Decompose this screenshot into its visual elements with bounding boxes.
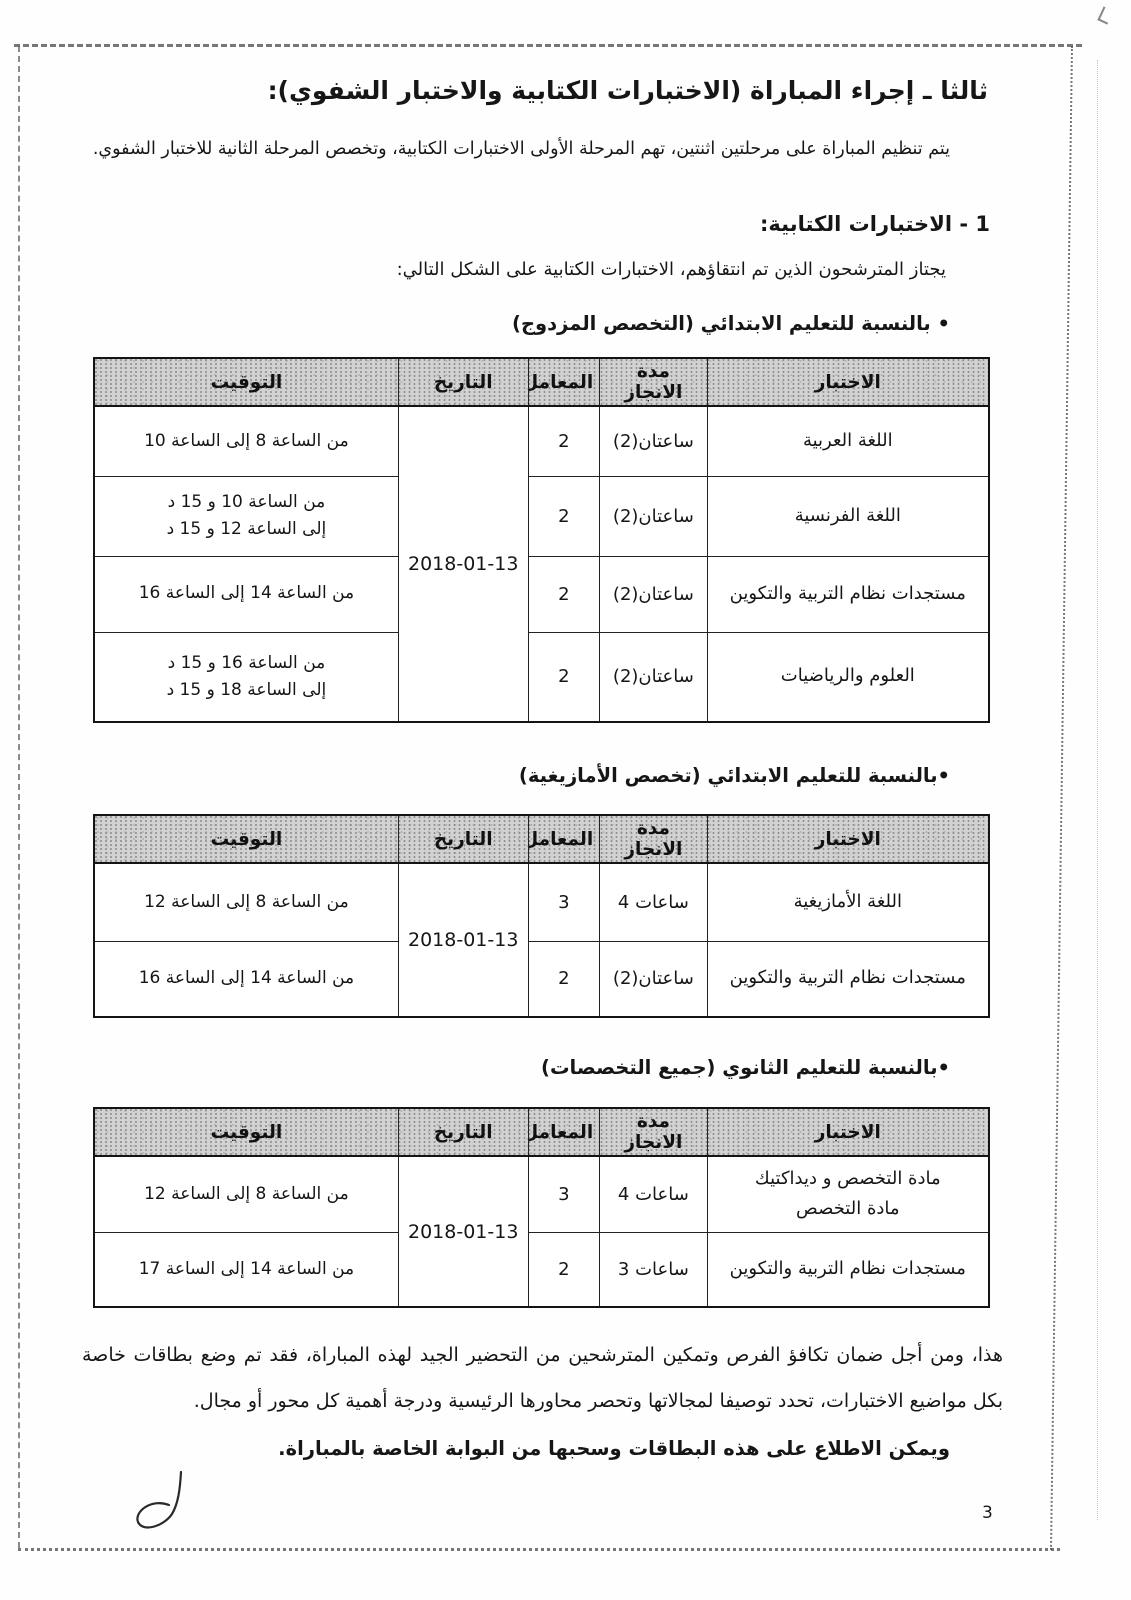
table-header-row: الاختبار مدة الانجاز المعامل التاريخ الت… [94, 358, 989, 406]
col-header-duration: مدة الانجاز [600, 815, 707, 863]
scan-edge-noise [1097, 60, 1098, 1520]
table-row: مادة التخصص و ديداكتيك مادة التخصص 4 ساع… [94, 1156, 989, 1232]
duration-cell: ساعتان(2) [600, 941, 707, 1017]
exam-name: مادة التخصص و ديداكتيك مادة التخصص [707, 1156, 989, 1232]
section-1-intro: يجتاز المترشحون الذين تم انتقاؤهم، الاخت… [397, 259, 946, 280]
signature-mark [125, 1466, 197, 1540]
exam-name: اللغة الأمازيغية [707, 863, 989, 941]
table-row: العلوم والرياضيات ساعتان(2) 2 من الساعة … [94, 632, 989, 722]
timing-cell: من الساعة 8 إلى الساعة 12 [94, 1156, 398, 1232]
timing-cell: من الساعة 14 إلى الساعة 16 [94, 941, 398, 1017]
closing-paragraph: هذا، ومن أجل ضمان تكافؤ الفرص وتمكين الم… [82, 1332, 1003, 1424]
coefficient-cell: 3 [528, 863, 600, 941]
timing-cell: من الساعة 16 و 15 د إلى الساعة 18 و 15 د [94, 632, 398, 722]
bullet-heading-secondary-all: •بالنسبة للتعليم الثانوي (جميع التخصصات) [541, 1056, 950, 1079]
exam-name: مستجدات نظام التربية والتكوين [707, 556, 989, 632]
timing-cell: من الساعة 10 و 15 د إلى الساعة 12 و 15 د [94, 476, 398, 556]
page-number: 3 [982, 1503, 993, 1523]
exam-name: مستجدات نظام التربية والتكوين [707, 941, 989, 1017]
exam-table-primary-amazigh: الاختبار مدة الانجاز المعامل التاريخ الت… [93, 814, 990, 1018]
exam-name: العلوم والرياضيات [707, 632, 989, 722]
closing-bold-line: ويمكن الاطلاع على هذه البطاقات وسحبها من… [278, 1437, 950, 1460]
duration-cell: 4 ساعات [600, 1156, 707, 1232]
table-row: اللغة الأمازيغية 4 ساعات 3 2018-01-13 من… [94, 863, 989, 941]
coefficient-cell: 2 [528, 556, 600, 632]
col-header-exam: الاختبار [707, 358, 989, 406]
duration-cell: 4 ساعات [600, 863, 707, 941]
section-1-title: 1 - الاختبارات الكتابية: [760, 212, 990, 236]
date-cell: 2018-01-13 [398, 1156, 528, 1307]
col-header-timing: التوقيت [94, 358, 398, 406]
col-header-date: التاريخ [398, 358, 528, 406]
intro-paragraph: يتم تنظيم المباراة على مرحلتين اثنتين، ت… [93, 139, 950, 159]
col-header-duration: مدة الانجاز [600, 1108, 707, 1156]
table-header-row: الاختبار مدة الانجاز المعامل التاريخ الت… [94, 1108, 989, 1156]
col-header-duration: مدة الانجاز [600, 358, 707, 406]
duration-cell: ساعتان(2) [600, 476, 707, 556]
table-row: اللغة الفرنسية ساعتان(2) 2 من الساعة 10 … [94, 476, 989, 556]
timing-cell: من الساعة 8 إلى الساعة 12 [94, 863, 398, 941]
exam-name: مستجدات نظام التربية والتكوين [707, 1232, 989, 1307]
table-row: مستجدات نظام التربية والتكوين ساعتان(2) … [94, 941, 989, 1017]
exam-table-primary-bilingual: الاختبار مدة الانجاز المعامل التاريخ الت… [93, 357, 990, 723]
coefficient-cell: 3 [528, 1156, 600, 1232]
page-border-bottom [18, 1548, 1060, 1551]
coefficient-cell: 2 [528, 632, 600, 722]
scanned-document-page: ثالثا ـ إجراء المباراة (الاختبارات الكتا… [0, 0, 1131, 1600]
col-header-date: التاريخ [398, 815, 528, 863]
col-header-coefficient: المعامل [528, 1108, 600, 1156]
table-row: مستجدات نظام التربية والتكوين ساعتان(2) … [94, 556, 989, 632]
exam-table-secondary-all: الاختبار مدة الانجاز المعامل التاريخ الت… [93, 1107, 990, 1308]
exam-name: اللغة العربية [707, 406, 989, 476]
duration-cell: ساعتان(2) [600, 632, 707, 722]
col-header-date: التاريخ [398, 1108, 528, 1156]
coefficient-cell: 2 [528, 1232, 600, 1307]
col-header-exam: الاختبار [707, 815, 989, 863]
timing-cell: من الساعة 14 إلى الساعة 17 [94, 1232, 398, 1307]
col-header-timing: التوقيت [94, 815, 398, 863]
bullet-heading-primary-amazigh: •بالنسبة للتعليم الابتدائي (تخصص الأمازي… [519, 764, 950, 787]
timing-cell: من الساعة 14 إلى الساعة 16 [94, 556, 398, 632]
date-cell: 2018-01-13 [398, 863, 528, 1017]
page-border-right [1050, 46, 1073, 1550]
scan-artifact [1097, 6, 1113, 24]
date-cell: 2018-01-13 [398, 406, 528, 722]
col-header-timing: التوقيت [94, 1108, 398, 1156]
page-border-left [18, 46, 20, 1548]
exam-name: اللغة الفرنسية [707, 476, 989, 556]
coefficient-cell: 2 [528, 406, 600, 476]
timing-cell: من الساعة 8 إلى الساعة 10 [94, 406, 398, 476]
page-border-top [14, 44, 1082, 47]
duration-cell: ساعتان(2) [600, 406, 707, 476]
bullet-heading-primary-bilingual: • بالنسبة للتعليم الابتدائي (التخصص المز… [512, 312, 950, 335]
table-header-row: الاختبار مدة الانجاز المعامل التاريخ الت… [94, 815, 989, 863]
table-row: مستجدات نظام التربية والتكوين 3 ساعات 2 … [94, 1232, 989, 1307]
coefficient-cell: 2 [528, 941, 600, 1017]
coefficient-cell: 2 [528, 476, 600, 556]
document-title: ثالثا ـ إجراء المباراة (الاختبارات الكتا… [268, 76, 988, 105]
col-header-coefficient: المعامل [528, 815, 600, 863]
col-header-coefficient: المعامل [528, 358, 600, 406]
duration-cell: 3 ساعات [600, 1232, 707, 1307]
table-row: اللغة العربية ساعتان(2) 2 2018-01-13 من … [94, 406, 989, 476]
col-header-exam: الاختبار [707, 1108, 989, 1156]
duration-cell: ساعتان(2) [600, 556, 707, 632]
